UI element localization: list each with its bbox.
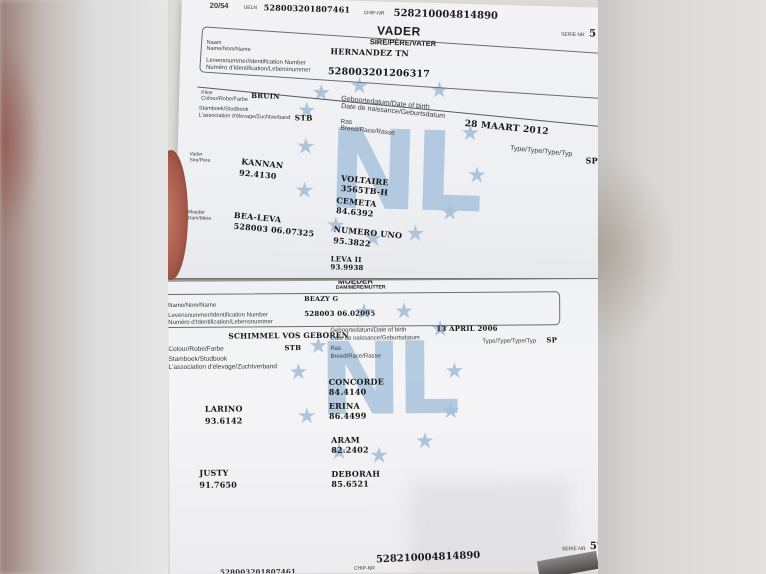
dam-type: SP <box>546 335 557 344</box>
colour-label: Colour/Robe/Farbe <box>201 95 248 104</box>
dam-date-of-birth: 13 APRIL 2006 <box>436 324 497 333</box>
eu-star-icon: ★ <box>405 222 425 245</box>
eu-star-icon: ★ <box>369 444 389 466</box>
serie-number: 5 <box>589 28 596 39</box>
blurred-background-right <box>598 0 766 574</box>
studbook-label-fr: L'association d'élevage/Zuchtverband <box>199 112 291 123</box>
chip-label: CHIP-NR <box>363 9 384 18</box>
eu-star-icon: ★ <box>415 430 435 452</box>
pedigree-sire-id: 93.6142 <box>205 415 243 425</box>
section-subtitle-dam: DAM/MÈRE/MUTTER <box>336 284 385 290</box>
type-label: Type/Type/Type/Typ <box>482 337 536 345</box>
chip-number: 528210004814890 <box>393 8 498 22</box>
eu-star-icon: ★ <box>296 135 316 158</box>
pedigree-sire-name: LARINO <box>205 403 243 413</box>
pedigree-dam-sire-id: 82.2402 <box>331 445 369 455</box>
footer-serie-label: SERIE NR <box>562 545 586 553</box>
sire-name: HERNANDEZ TN <box>330 46 409 58</box>
sire-of-sire-label-en: Sire/Père <box>189 156 210 165</box>
pedigree-dam-id: 91.7650 <box>199 480 237 490</box>
ueln-number: 528003201807461 <box>264 2 351 14</box>
breed-label-nl: Ras <box>330 345 341 353</box>
name-label: Name/Nom/Name <box>168 302 216 310</box>
pedigree-dam-dam-id: 93.9938 <box>330 262 363 272</box>
sire-type: SP <box>585 155 597 165</box>
colour-label: Colour/Robe/Farbe <box>168 346 223 354</box>
eu-star-icon: ★ <box>440 201 460 224</box>
dam-of-sire-label-en: Dam/Mère <box>188 214 212 223</box>
pedigree-sire-dam-name: ERINA <box>329 401 360 411</box>
pedigree-dam-sire-name: ARAM <box>331 435 360 445</box>
sire-page: NL ★ ★ ★ ★ ★ ★ ★ ★ ★ ★ ★ ★ 20/54 UELN 52… <box>174 0 598 292</box>
dam-page: NL ★ ★ ★ ★ ★ ★ ★ ★ ★ ★ ★ MOEDER DAM/MÈRE… <box>168 279 598 574</box>
pedigree-sire-sire-name: CONCORDE <box>329 376 384 386</box>
page-ref: 20/54 <box>210 2 229 11</box>
id-label-fr: Numéro d'Identification/Lebensnummer <box>168 318 273 327</box>
serie-label: SERIE NR <box>561 31 585 40</box>
eu-star-icon: ★ <box>445 360 465 382</box>
dam-id-number: 528003 06.02095 <box>304 309 375 318</box>
studbook-label-fr: L'association d'élevage/Zuchtverband <box>169 363 277 372</box>
pedigree-dam-dam-id: 85.6521 <box>331 479 369 489</box>
eu-star-icon: ★ <box>467 164 487 187</box>
eu-star-icon: ★ <box>311 82 331 105</box>
pedigree-sire-id: 92.4130 <box>239 167 277 181</box>
passport-photo: NL ★ ★ ★ ★ ★ ★ ★ ★ ★ ★ ★ ★ 20/54 UELN 52… <box>168 0 598 574</box>
name-label: Name/Nom/Name <box>206 45 250 54</box>
pedigree-sire-sire-id: 84.4140 <box>329 387 367 397</box>
sire-studbook: STB <box>295 113 313 122</box>
pedigree-dam-name: JUSTY <box>199 468 228 478</box>
dam-studbook: STB <box>284 343 301 352</box>
ueln-label: UELN <box>244 4 258 12</box>
footer-chip-label: CHIP-NR <box>354 565 375 573</box>
dam-name: BEAZY G <box>304 295 338 303</box>
dob-label-fr: Date de naissance/Geburtsdatum <box>330 334 419 343</box>
eu-star-icon: ★ <box>297 405 317 427</box>
pedigree-dam-dam-name: DEBORAH <box>331 469 380 479</box>
footer-ueln: 528003201807461 <box>220 567 296 574</box>
blurred-background-left <box>0 0 168 574</box>
breed-label: Breed/Race/Rasse <box>330 353 380 361</box>
eu-star-icon: ★ <box>441 400 461 422</box>
section-title-sire: VADER <box>377 23 421 38</box>
eu-star-icon: ★ <box>294 179 314 202</box>
pedigree-sire-dam-id: 86.4499 <box>329 411 367 421</box>
eu-star-icon: ★ <box>289 361 309 383</box>
type-label: Type/Type/Type/Typ <box>510 145 573 159</box>
sire-colour: BRUIN <box>251 91 280 101</box>
